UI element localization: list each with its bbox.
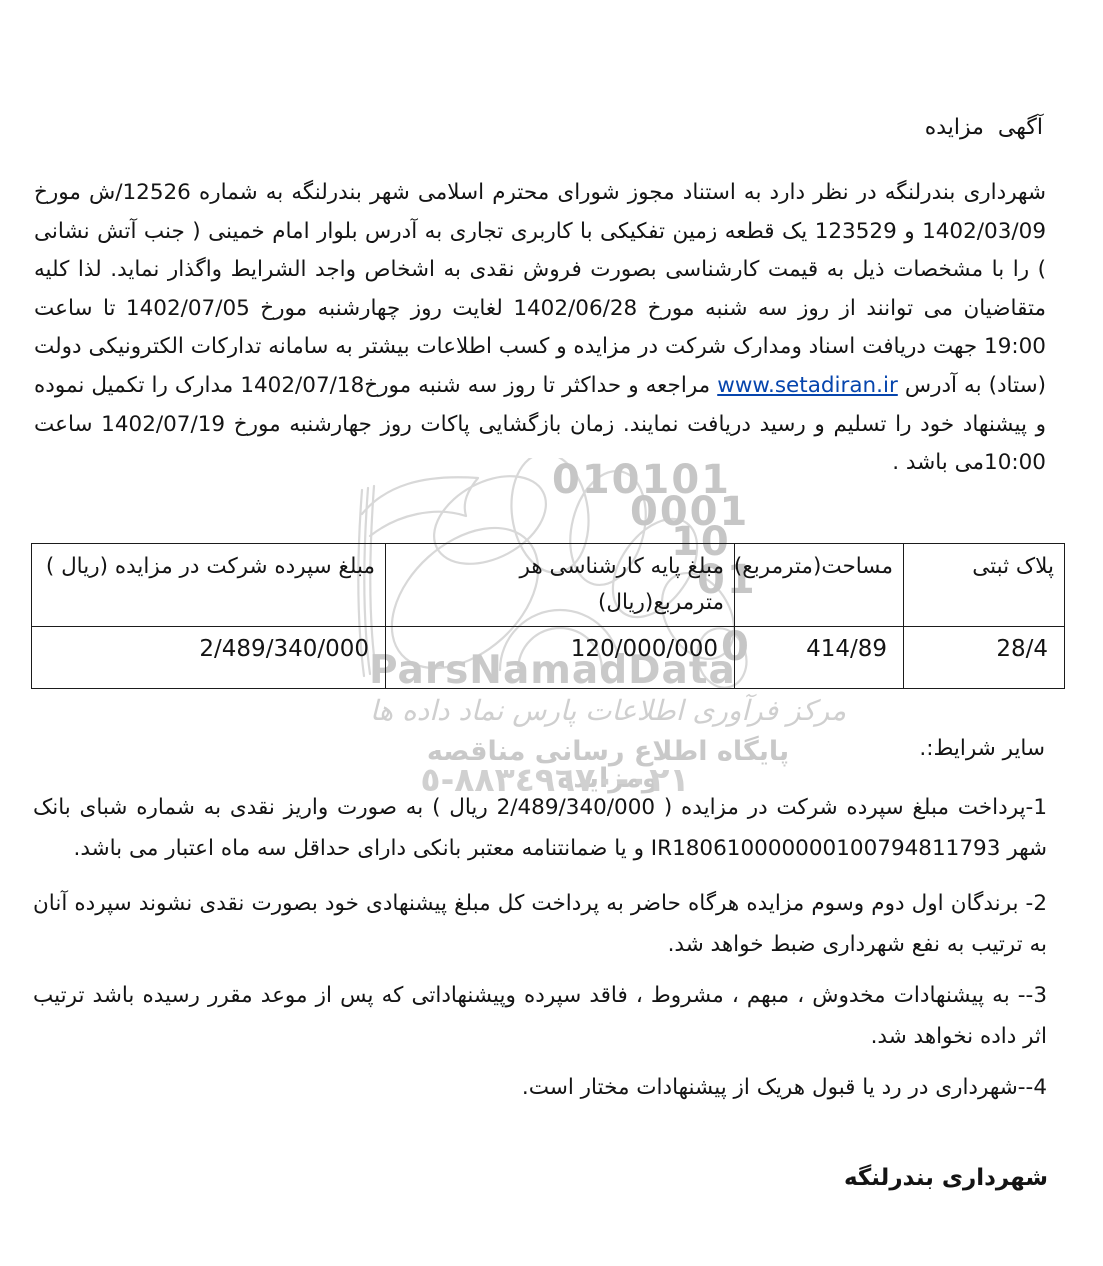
other-terms-heading: سایر شرایط:. [919, 736, 1045, 761]
term-item-3: 3-- به پیشنهادات مخدوش ، مبهم ، مشروط ، … [33, 975, 1047, 1057]
term-item-1: 1-پرداخت مبلغ سپرده شرکت در مزایده ( 2/4… [33, 787, 1047, 869]
signature: شهرداری بندرلنگه [844, 1165, 1048, 1191]
cell-registration-plate: 28/4 [904, 627, 1065, 689]
auction-lots-table: پلاک ثبتی مساحت(مترمربع) مبلغ پایه کارشن… [31, 543, 1065, 689]
header-base-price-per-sqm: مبلغ پایه کارشناسی هر مترمربع(ریال) [386, 544, 735, 627]
intro-paragraph: شهرداری بندرلنگه در نظر دارد به استناد م… [34, 174, 1046, 483]
table-row: 28/4 414/89 120/000/000 2/489/340/000 [32, 627, 1065, 689]
cell-area-sqm: 414/89 [735, 627, 904, 689]
header-registration-plate: پلاک ثبتی [904, 544, 1065, 627]
header-deposit-amount: مبلغ سپرده شرکت در مزایده (ریال ) [32, 544, 386, 627]
header-area-sqm: مساحت(مترمربع) [735, 544, 904, 627]
term-item-4: 4--شهرداری در رد یا قبول هریک از پیشنهاد… [33, 1067, 1047, 1108]
cell-deposit-amount: 2/489/340/000 [32, 627, 386, 689]
term-item-2: 2- برندگان اول دوم وسوم مزایده هرگاه حاض… [33, 883, 1047, 965]
setadiran-link[interactable]: www.setadiran.ir [717, 373, 898, 398]
page-title: آگهی مزایده [925, 115, 1043, 140]
auction-notice-page: 010101 0001 10 01 0 ParsNamadData مرکز ف… [0, 0, 1103, 1266]
notice-content: آگهی مزایده شهرداری بندرلنگه در نظر دارد… [0, 0, 1103, 1266]
table-header-row: پلاک ثبتی مساحت(مترمربع) مبلغ پایه کارشن… [32, 544, 1065, 627]
cell-base-price-per-sqm: 120/000/000 [386, 627, 735, 689]
intro-text-before-link: شهرداری بندرلنگه در نظر دارد به استناد م… [34, 180, 1046, 398]
